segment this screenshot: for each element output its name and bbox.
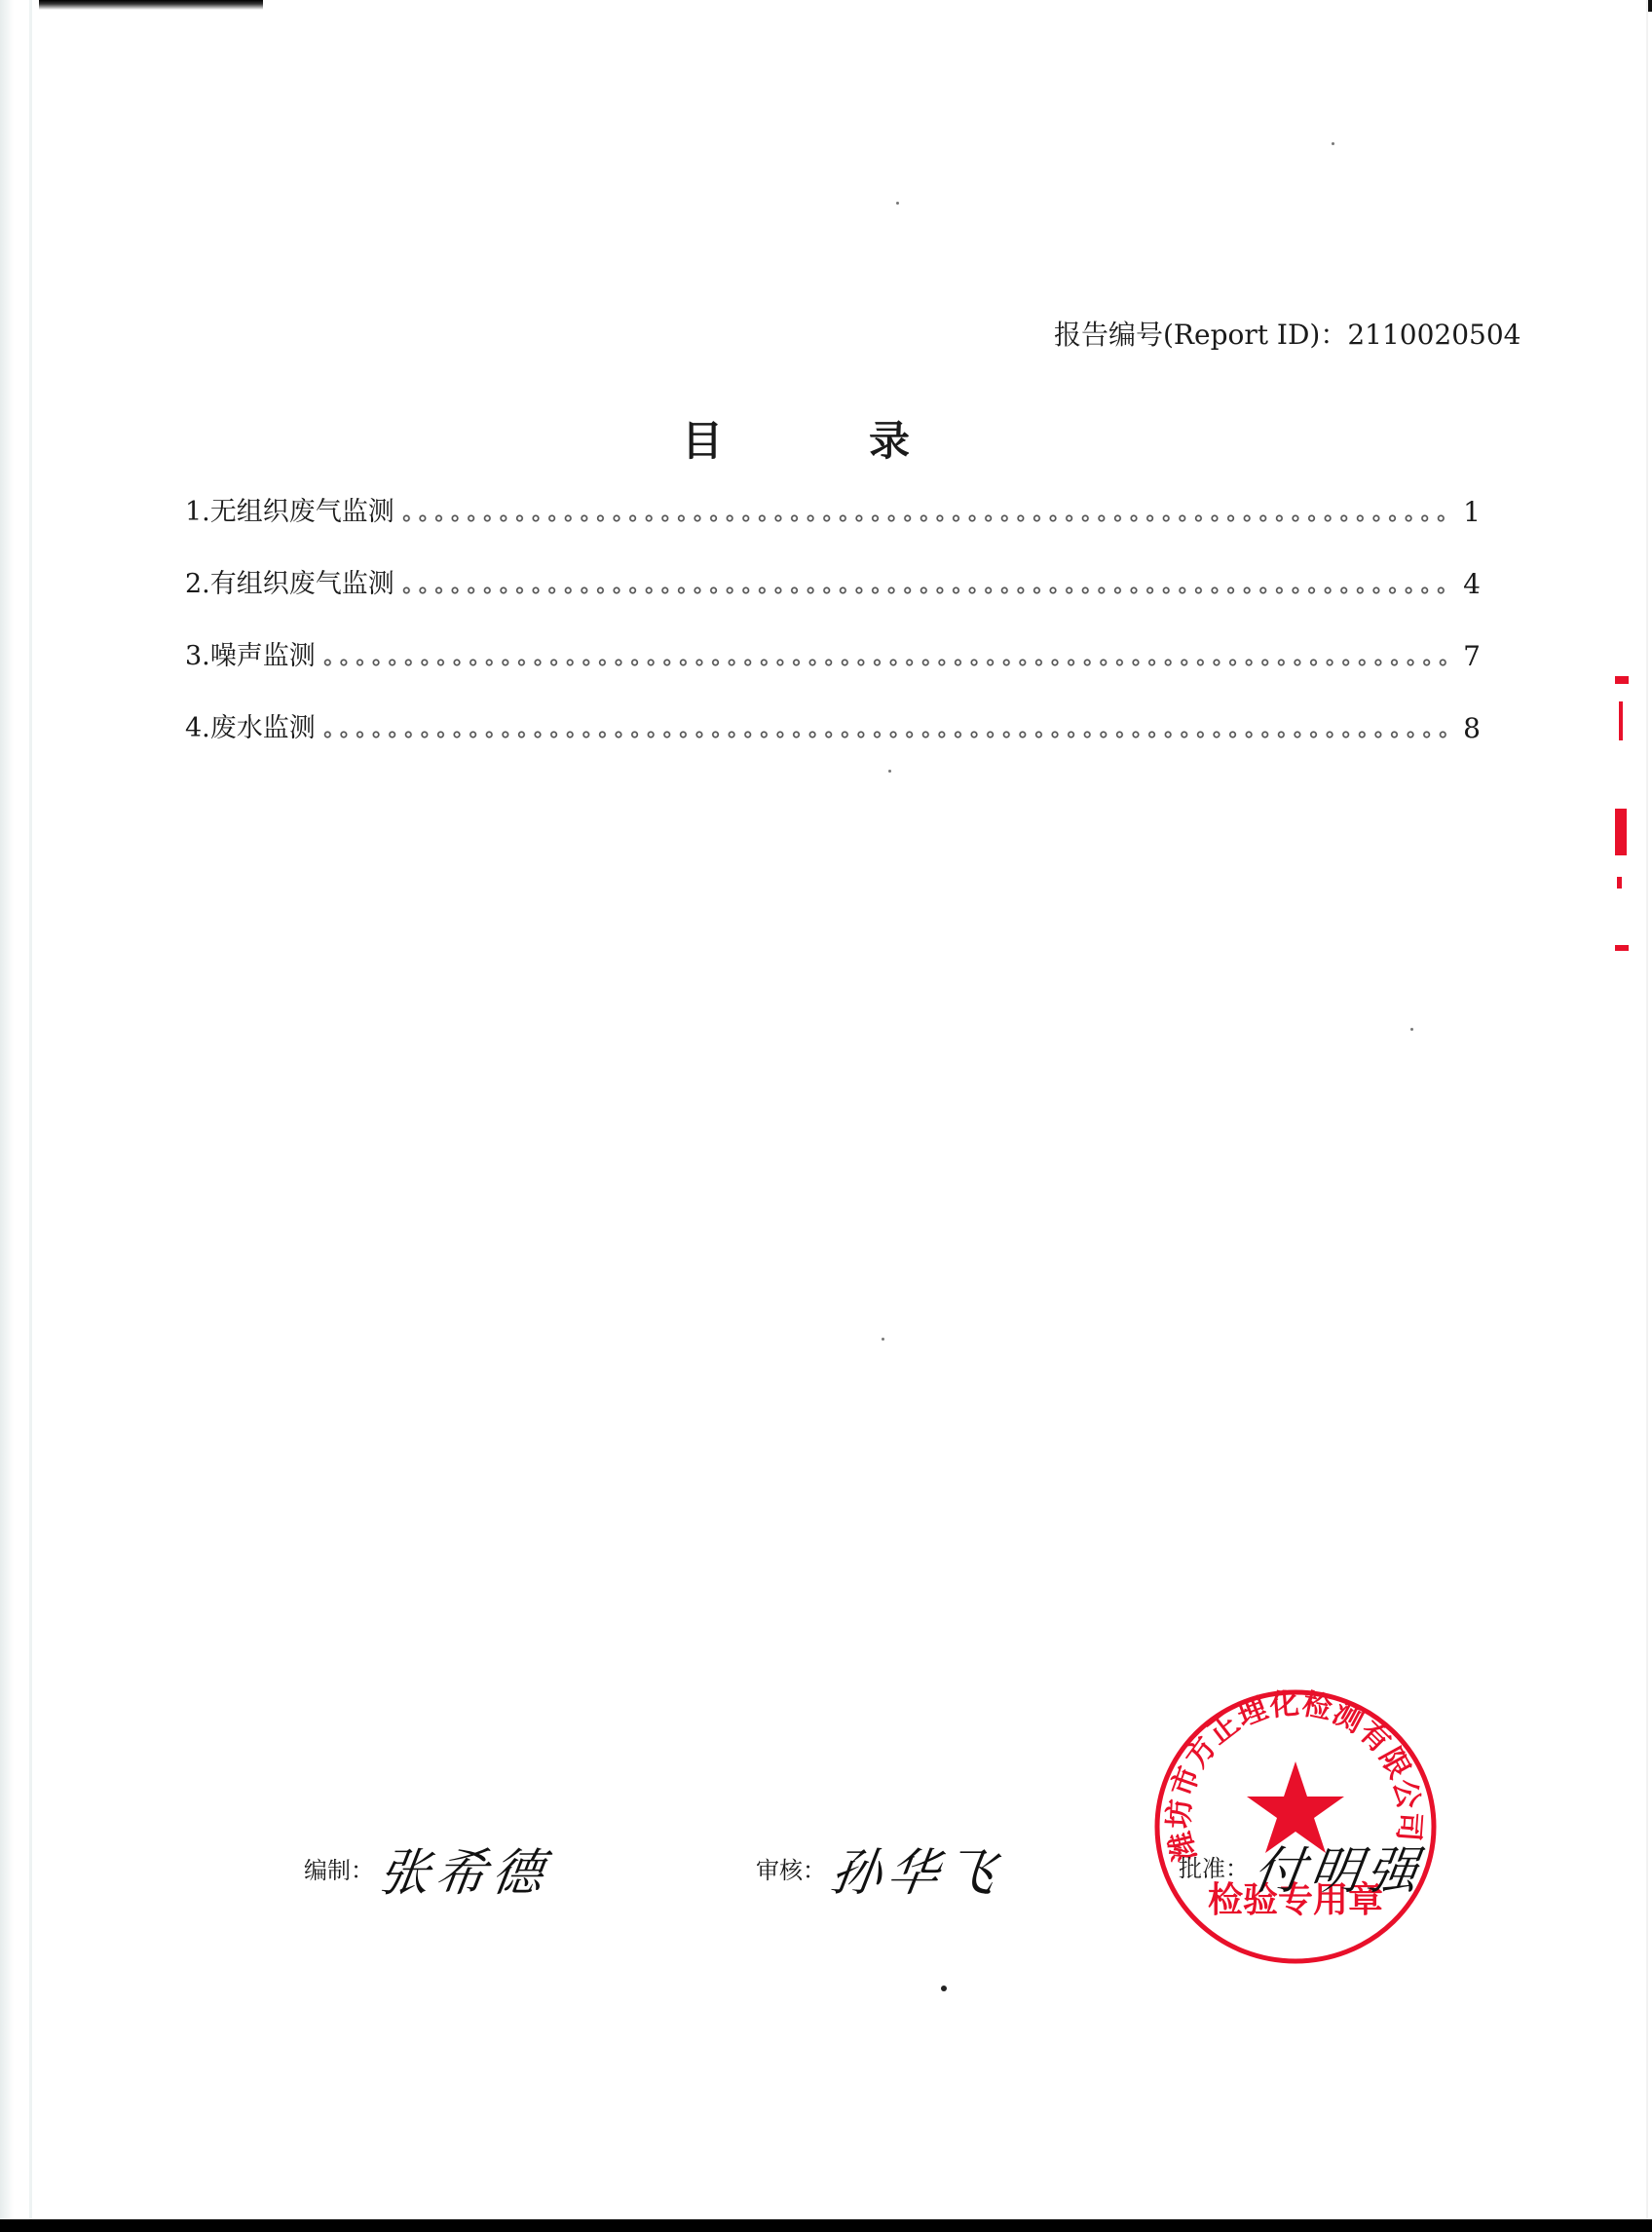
signature-compile: 编制： 张希德 xyxy=(304,1832,549,1905)
signature-approve-label: 批准： xyxy=(1179,1849,1249,1883)
toc-entry-label: 1.无组织废气监测 xyxy=(185,490,394,528)
signature-review-handwriting: 孙华飞 xyxy=(827,1832,1007,1905)
seam-stamp-fragment xyxy=(1607,662,1636,974)
official-stamp: 潍坊市方正理化检测有限公司 检验专用章 xyxy=(1149,1685,1442,1968)
scan-speck xyxy=(888,770,891,773)
scan-edge-shadow-left xyxy=(0,0,14,2232)
scan-edge-shadow-top xyxy=(39,0,263,10)
toc-entry[interactable]: 4.废水监测 8 xyxy=(185,672,1481,744)
toc-entry-label: 2.有组织废气监测 xyxy=(185,562,394,600)
toc-entry-page: 8 xyxy=(1459,712,1481,744)
signature-review-label: 审核： xyxy=(756,1851,826,1885)
scan-speck xyxy=(882,1338,884,1341)
dot-leader xyxy=(398,586,1453,594)
scan-edge-line-right xyxy=(1646,0,1648,2232)
signature-approve: 批准： 付明强 xyxy=(1179,1830,1424,1903)
signature-compile-handwriting: 张希德 xyxy=(375,1832,555,1905)
dot-leader xyxy=(398,514,1453,522)
table-of-contents: 1.无组织废气监测 1 2.有组织废气监测 4 3.噪声监测 7 4.废水监测 … xyxy=(185,456,1481,744)
signature-approve-handwriting: 付明强 xyxy=(1250,1830,1430,1903)
toc-entry[interactable]: 3.噪声监测 7 xyxy=(185,600,1481,672)
report-id-value: 2110020504 xyxy=(1347,319,1521,351)
scan-speck xyxy=(1332,142,1334,145)
dot-leader xyxy=(319,659,1453,666)
toc-entry-page: 7 xyxy=(1459,640,1481,672)
scan-edge-bottom xyxy=(0,2219,1652,2232)
toc-entry-label: 3.噪声监测 xyxy=(185,634,316,672)
scan-speck xyxy=(941,1986,947,1991)
report-id: 报告编号(Report ID)：2110020504 xyxy=(1054,314,1521,353)
scan-speck xyxy=(1410,1028,1413,1031)
toc-entry[interactable]: 1.无组织废气监测 1 xyxy=(185,456,1481,528)
scan-edge-line-left xyxy=(29,0,32,2232)
toc-entry-label: 4.废水监测 xyxy=(185,706,316,744)
dot-leader xyxy=(319,731,1453,738)
signature-compile-label: 编制： xyxy=(304,1851,374,1885)
toc-entry-page: 1 xyxy=(1459,496,1481,528)
toc-entry[interactable]: 2.有组织废气监测 4 xyxy=(185,528,1481,600)
toc-entry-page: 4 xyxy=(1459,568,1481,600)
report-id-label: 报告编号(Report ID)： xyxy=(1054,319,1347,351)
signature-review: 审核： 孙华飞 xyxy=(756,1832,1001,1905)
scan-speck xyxy=(896,202,899,205)
